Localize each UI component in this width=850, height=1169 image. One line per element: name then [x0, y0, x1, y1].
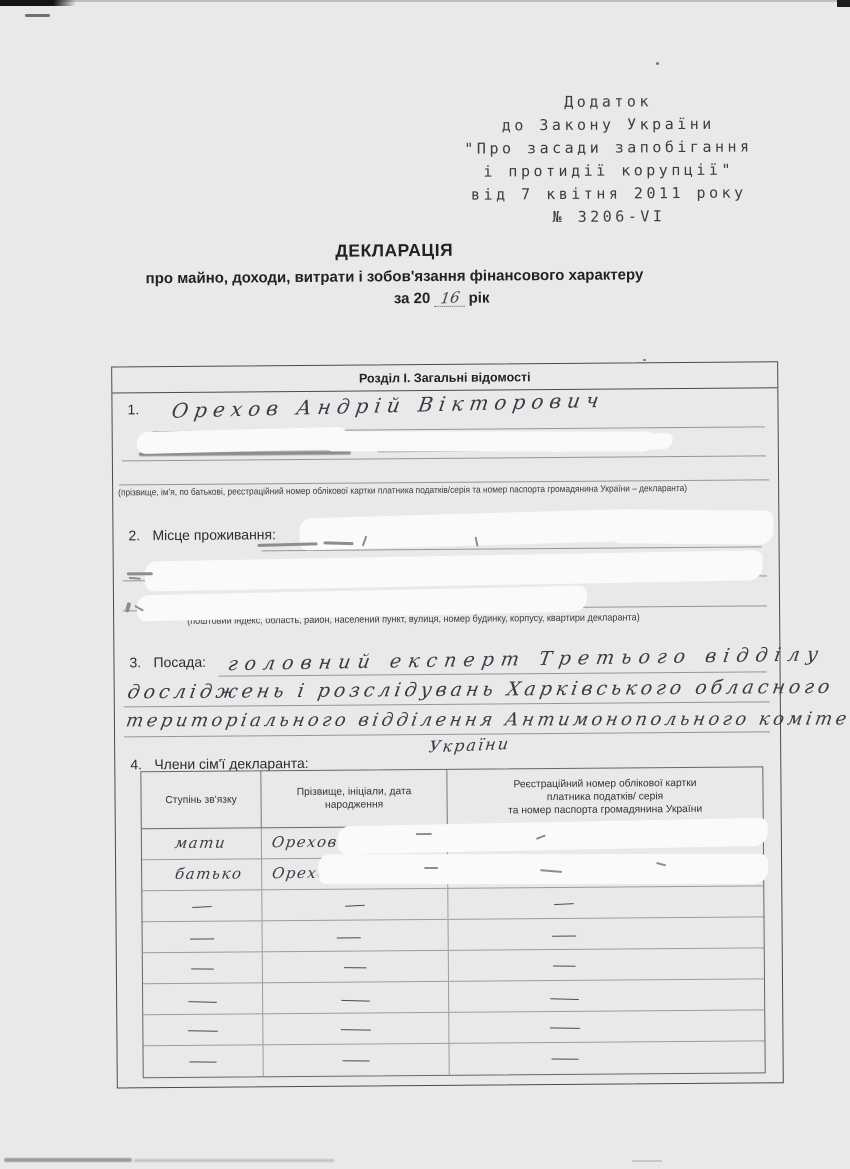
- column-header-name: Прізвище, ініціали, дата народження: [261, 770, 447, 827]
- cell-name: —: [262, 889, 448, 920]
- column-header-relation: Ступінь зв'язку: [141, 771, 261, 828]
- ink-smudge: [416, 833, 432, 835]
- cell-taxid: —: [449, 1010, 764, 1042]
- item3-handwritten-line: головний експерт Третього відділу: [226, 643, 826, 675]
- cell-relation: —: [143, 921, 263, 952]
- cell-name: —: [263, 920, 449, 951]
- declaration-year-line: за 20 16 рік: [163, 288, 721, 309]
- column-header-taxid: Реєстраційний номер облікової картки пла…: [447, 767, 762, 825]
- year-suffix: рік: [469, 290, 490, 307]
- year-fill-in-slot: 16: [434, 291, 464, 307]
- year-prefix: за 20: [394, 290, 431, 307]
- family-members-table: Ступінь зв'язку Прізвище, ініціали, дата…: [140, 766, 765, 1078]
- document-title-block: ДЕКЛАРАЦІЯ про майно, доходи, витрати і …: [115, 238, 674, 309]
- item1-number: 1.: [127, 401, 139, 417]
- law-ref-line: до Закону України: [388, 112, 828, 138]
- table-row: — — —: [143, 917, 764, 953]
- cell-relation: —: [143, 952, 263, 983]
- handwritten-relation: мати: [174, 834, 228, 852]
- handwritten-relation: батько: [174, 864, 244, 883]
- section1-header: Розділ I. Загальні відомості: [112, 362, 777, 393]
- cell-relation: мати: [142, 828, 262, 859]
- table-row: — — —: [143, 1041, 764, 1077]
- item2-label: Місце проживання:: [152, 526, 276, 543]
- document-subtitle: про майно, доходи, витрати і зобов'язанн…: [115, 266, 673, 287]
- law-ref-line: "Про засади запобігання: [388, 135, 828, 161]
- ruled-line: [122, 455, 766, 461]
- item1-caption: (прізвище, ім'я, по батькові, реєстрацій…: [118, 483, 687, 497]
- law-ref-line: Додаток: [388, 89, 828, 115]
- ink-smudge: [424, 867, 438, 869]
- cell-relation: батько: [142, 859, 262, 890]
- cell-relation: —: [143, 1045, 263, 1077]
- law-ref-line: і протидії корупції": [389, 158, 829, 184]
- cell-taxid: —: [449, 979, 764, 1011]
- cell-name: —: [263, 1013, 449, 1044]
- law-reference-block: Додаток до Закону України "Про засади за…: [388, 89, 829, 230]
- cell-taxid: —: [449, 1041, 764, 1074]
- cell-relation: —: [143, 1014, 263, 1045]
- whiteout-redaction: [611, 509, 773, 545]
- cell-relation: —: [142, 890, 262, 921]
- cell-taxid: —: [449, 948, 764, 980]
- item3-number: 3.: [129, 654, 141, 670]
- law-ref-line: від 7 квітня 2011 року: [389, 181, 829, 207]
- cell-relation: —: [143, 983, 263, 1014]
- cell-taxid: —: [449, 917, 764, 949]
- handwritten-year: 16: [439, 288, 461, 307]
- item1-handwritten-name: Орехов Андрій Вікторович: [170, 388, 606, 423]
- table-row: — — —: [143, 1010, 764, 1046]
- item3-handwritten-line: досліджень і розслідувань Харківського о…: [126, 676, 835, 704]
- section1-form-box: Розділ I. Загальні відомості 1. Орехов А…: [111, 361, 784, 1088]
- cell-name: —: [263, 951, 449, 982]
- ink-smudge: [127, 572, 153, 575]
- cell-taxid: —: [448, 886, 763, 918]
- whiteout-redaction: [545, 433, 673, 452]
- cell-name: —: [263, 982, 449, 1013]
- item3-handwritten-line: територіального відділення Антимонопольн…: [124, 708, 850, 731]
- whiteout-redaction: [145, 550, 763, 591]
- item4-number: 4.: [130, 756, 142, 772]
- scanned-declaration-page: Додаток до Закону України "Про засади за…: [0, 0, 850, 1169]
- table-row: — — —: [143, 948, 764, 984]
- table-row: — — —: [142, 886, 763, 922]
- document-title: ДЕКЛАРАЦІЯ: [115, 238, 673, 263]
- law-ref-line: № 3206-VI: [389, 204, 829, 230]
- cell-name: —: [263, 1044, 449, 1076]
- item2-number: 2.: [128, 527, 140, 543]
- item3-handwritten-line: України: [428, 734, 512, 756]
- item3-label: Посада:: [153, 654, 206, 670]
- table-row: — — —: [143, 979, 764, 1015]
